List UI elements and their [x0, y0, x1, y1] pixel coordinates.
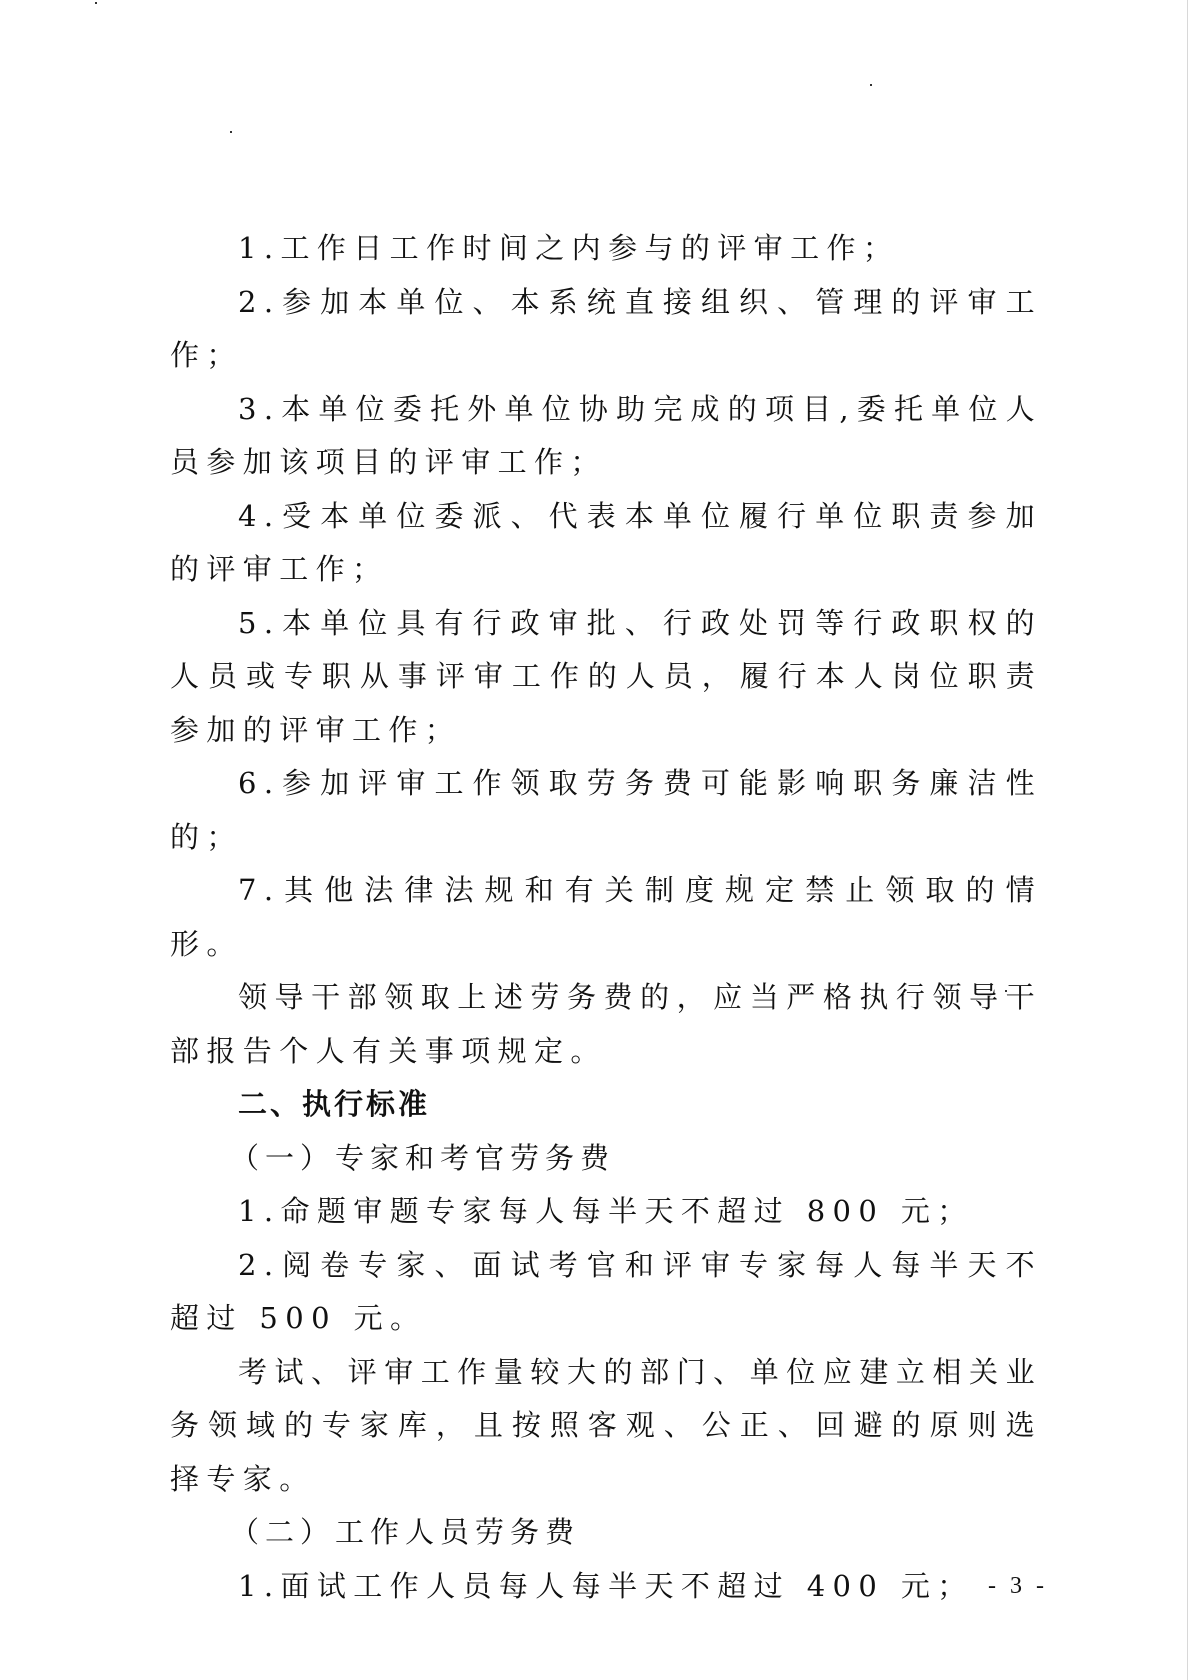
list-item-3: 3.本单位委托外单位协助完成的项目,委托单位人员参加该项目的评审工作； [170, 383, 1042, 490]
subheading-staff-fees: （二）工作人员劳务费 [170, 1506, 1042, 1560]
scan-speck [870, 84, 872, 86]
body-paragraph-leaders: 领导干部领取上述劳务费的，应当严格执行领导干部报告个人有关事项规定。 [170, 971, 1042, 1078]
section-heading-standards: 二、执行标准 [170, 1078, 1042, 1132]
list-item-7: 7.其他法律法规和有关制度规定禁止领取的情形。 [170, 864, 1042, 971]
list-item-1: 1.工作日工作时间之内参与的评审工作； [170, 222, 1042, 276]
page-number: - 3 - [988, 1573, 1048, 1600]
scan-speck [95, 2, 97, 4]
list-item-6: 6.参加评审工作领取劳务费可能影响职务廉洁性的； [170, 757, 1042, 864]
document-page: 1.工作日工作时间之内参与的评审工作； 2.参加本单位、本系统直接组织、管理的评… [0, 0, 1190, 1680]
list-item-2: 2.参加本单位、本系统直接组织、管理的评审工作； [170, 276, 1042, 383]
staff-fee-item-1: 1.面试工作人员每人每半天不超过 400 元； [170, 1560, 1042, 1614]
document-body: 1.工作日工作时间之内参与的评审工作； 2.参加本单位、本系统直接组织、管理的评… [170, 222, 1042, 1613]
subheading-expert-fees: （一）专家和考官劳务费 [170, 1132, 1042, 1186]
fee-item-2: 2.阅卷专家、面试考官和评审专家每人每半天不超过 500 元。 [170, 1239, 1042, 1346]
body-paragraph-expert-pool: 考试、评审工作量较大的部门、单位应建立相关业务领域的专家库，且按照客观、公正、回… [170, 1346, 1042, 1507]
list-item-5: 5.本单位具有行政审批、行政处罚等行政职权的人员或专职从事评审工作的人员，履行本… [170, 597, 1042, 758]
fee-item-1: 1.命题审题专家每人每半天不超过 800 元； [170, 1185, 1042, 1239]
page-edge-line [1187, 0, 1188, 1680]
list-item-4: 4.受本单位委派、代表本单位履行单位职责参加的评审工作； [170, 490, 1042, 597]
scan-speck [230, 131, 232, 133]
